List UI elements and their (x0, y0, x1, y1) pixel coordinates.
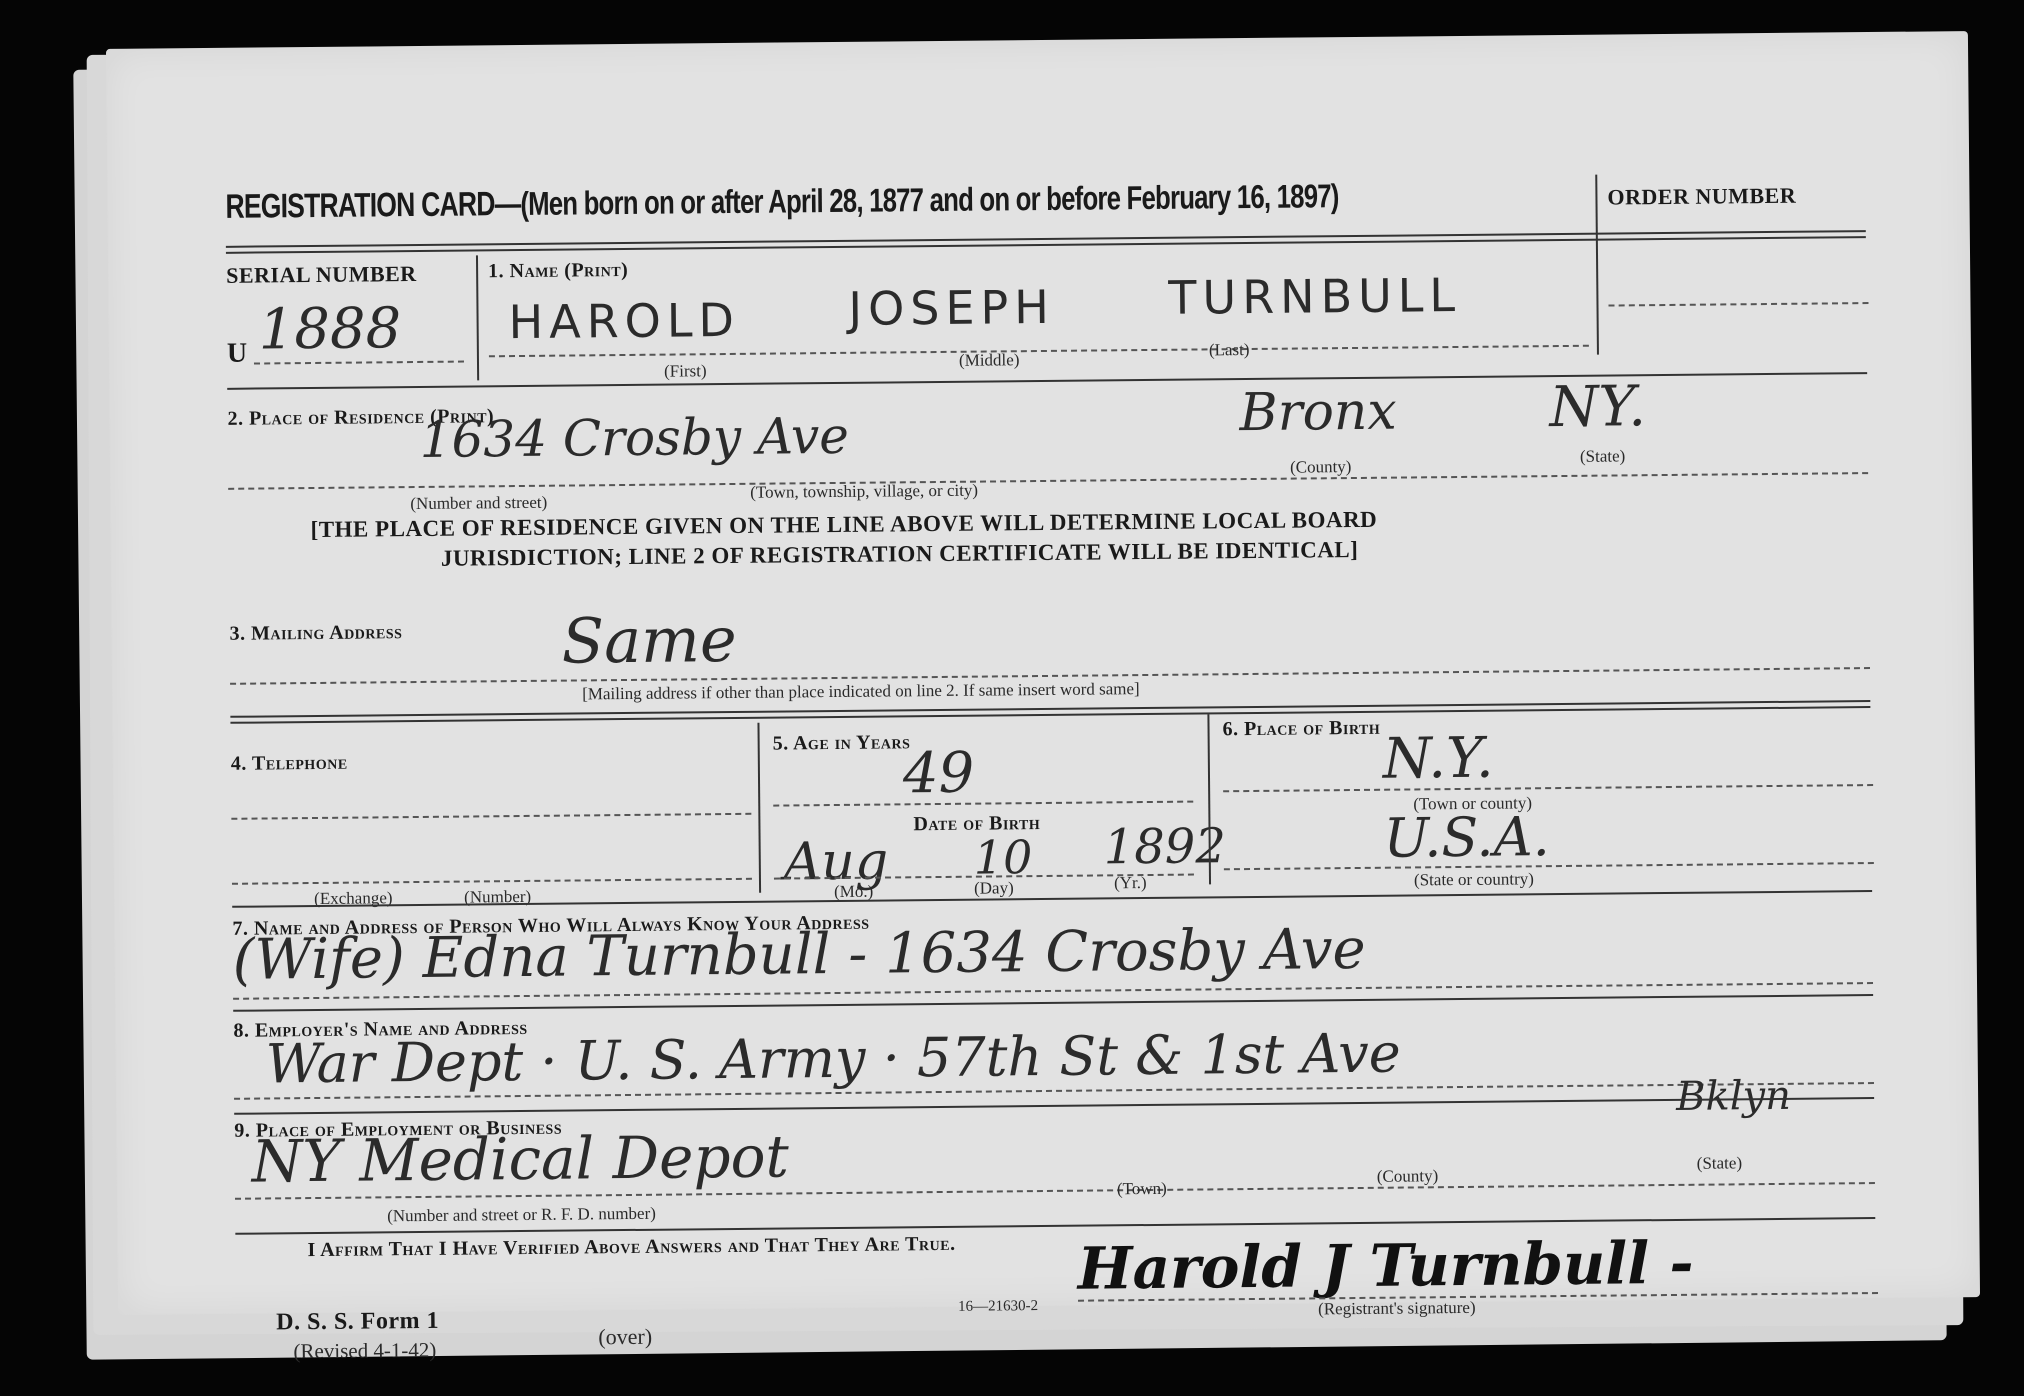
telephone-label: 4. Telephone (231, 752, 348, 776)
form-code: 16—21630-2 (958, 1298, 1038, 1316)
residence-line (228, 472, 1868, 490)
birthplace-country[interactable]: U.S.A. (1383, 805, 1550, 870)
order-divider (1595, 175, 1599, 355)
residence-state[interactable]: NY. (1549, 374, 1646, 440)
name-first[interactable]: HAROLD (508, 293, 740, 349)
birthplace-country-caption: (State or country) (1414, 869, 1534, 890)
age-value[interactable]: 49 (903, 741, 975, 807)
employer-extra[interactable]: Bklyn (1676, 1073, 1791, 1120)
form-name: D. S. S. Form 1 (276, 1308, 439, 1337)
name-middle-caption: (Middle) (959, 350, 1020, 371)
form-revised: (Revised 4-1-42) (293, 1338, 436, 1364)
residence-street-caption: (Number and street) (410, 493, 547, 514)
telephone-line-2[interactable] (232, 878, 752, 885)
employment-county-caption: (County) (1377, 1166, 1439, 1187)
employment-street-caption: (Number and street or R. F. D. number) (387, 1204, 656, 1227)
age-label: 5. Age in Years (773, 731, 911, 755)
signature-caption: (Registrant's signature) (1318, 1298, 1476, 1320)
serial-divider (476, 255, 479, 380)
mailing-label: 3. Mailing Address (229, 621, 402, 646)
employment-state-caption: (State) (1697, 1153, 1743, 1173)
card-title: REGISTRATION CARD—(Men born on or after … (225, 177, 1338, 227)
serial-prefix: U (227, 338, 248, 370)
name-last[interactable]: TURNBULL (1168, 268, 1461, 325)
residence-notice-line2: JURISDICTION; LINE 2 OF REGISTRATION CER… (441, 537, 1359, 572)
telephone-line-1[interactable] (231, 813, 751, 820)
over-note: (over) (598, 1324, 652, 1351)
residence-county-caption: (County) (1290, 457, 1352, 478)
dob-day-caption: (Day) (974, 878, 1014, 898)
birthplace-town-line (1223, 784, 1873, 792)
age-line (773, 801, 1193, 807)
telephone-divider (757, 723, 761, 893)
employer-value[interactable]: War Dept · U. S. Army · 57th St & 1st Av… (265, 1022, 1401, 1096)
order-number-label: ORDER NUMBER (1607, 183, 1796, 211)
residence-street[interactable]: 1634 Crosby Ave (419, 407, 849, 469)
serial-number-label: SERIAL NUMBER (226, 261, 417, 289)
card-title-sub: (Men born on or after April 28, 1877 and… (520, 177, 1339, 222)
residence-state-caption: (State) (1580, 446, 1626, 466)
dob-divider (1207, 714, 1211, 884)
registration-card: REGISTRATION CARD—(Men born on or after … (106, 31, 1980, 1315)
affirmation-text: I Affirm That I Have Verified Above Answ… (307, 1233, 955, 1262)
birthplace-label: 6. Place of Birth (1222, 717, 1380, 742)
birthplace-town[interactable]: N.Y. (1383, 726, 1494, 792)
card-title-main: REGISTRATION CARD— (225, 185, 520, 226)
section-rule-3 (234, 1097, 1874, 1115)
dob-year-caption: (Yr.) (1114, 873, 1147, 893)
residence-town-caption: (Town, township, village, or city) (750, 481, 978, 503)
residence-county[interactable]: Bronx (1239, 382, 1397, 444)
name-last-caption: (Last) (1209, 340, 1250, 360)
name-first-caption: (First) (664, 361, 707, 381)
contact-value[interactable]: (Wife) Edna Turnbull - 1634 Crosby Ave (232, 917, 1366, 993)
registrant-signature[interactable]: Harold J Turnbull - (1077, 1229, 1693, 1303)
serial-number-value[interactable]: 1888 (258, 296, 401, 362)
mailing-caption: [Mailing address if other than place ind… (582, 679, 1140, 704)
employment-town-caption: (Town) (1117, 1179, 1167, 1199)
employment-place-value[interactable]: NY Medical Depot (251, 1122, 789, 1195)
name-middle[interactable]: JOSEPH (848, 280, 1055, 336)
name-label: 1. Name (Print) (488, 259, 628, 283)
order-number-line[interactable] (1608, 302, 1868, 306)
mailing-value[interactable]: Same (561, 603, 737, 678)
